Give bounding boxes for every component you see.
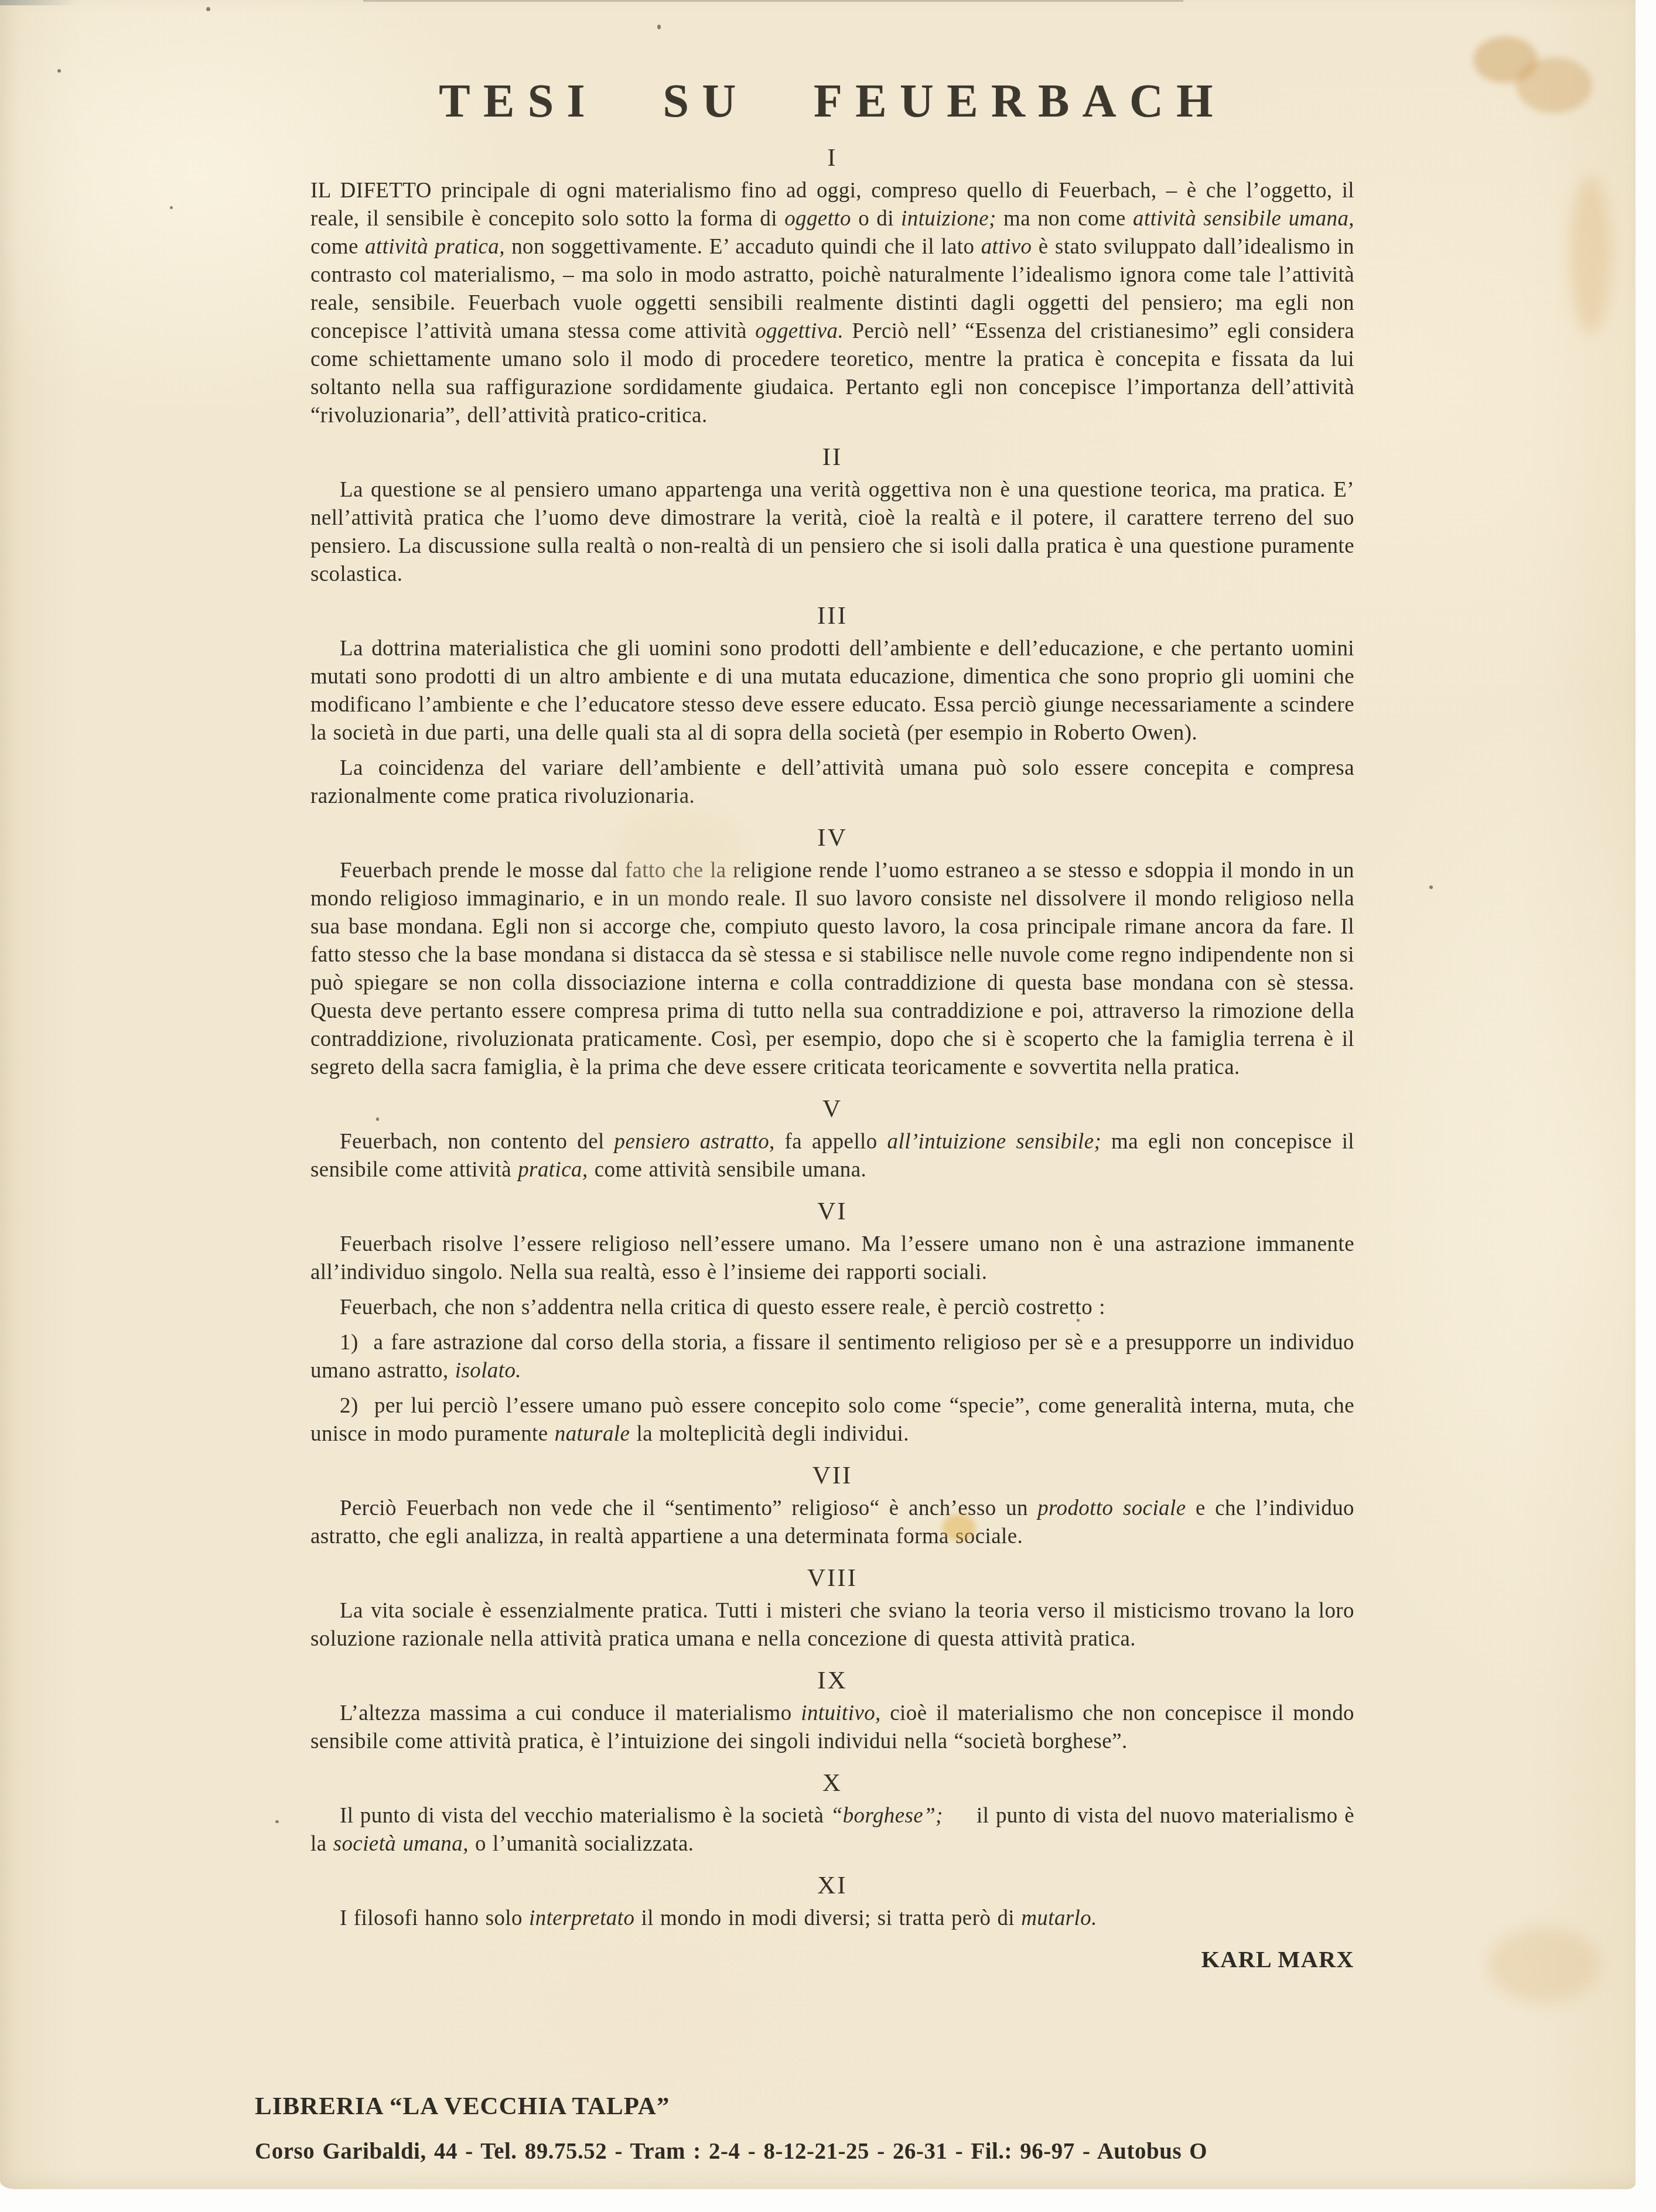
thesis-section: IX L’altezza massima a cui conduce il ma…: [310, 1666, 1354, 1756]
thesis-section: I IL DIFETTO principale di ogni material…: [310, 143, 1354, 430]
thesis-paragraph: Feuerbach prende le mosse dal fatto che …: [310, 857, 1354, 1082]
section-numeral: VI: [310, 1197, 1354, 1226]
section-numeral: I: [310, 143, 1354, 172]
section-numeral: II: [310, 443, 1354, 471]
section-numeral: X: [310, 1769, 1354, 1797]
thesis-paragraph: Perciò Feuerbach non vede che il “sentim…: [310, 1495, 1354, 1551]
thesis-paragraph: La dottrina materialistica che gli uomin…: [310, 635, 1354, 747]
thesis-section: II La questione se al pensiero umano app…: [310, 443, 1354, 589]
section-numeral: VII: [310, 1461, 1354, 1490]
bookstore-footer: LIBRERIA “LA VECCHIA TALPA” Corso Gariba…: [255, 2092, 1485, 2165]
thesis-section: III La dottrina materialistica che gli u…: [310, 601, 1354, 811]
document-page: TESI SU FEUERBACH I IL DIFETTO principal…: [0, 0, 1635, 2189]
thesis-section: XI I filosofi hanno solo interpretato il…: [310, 1871, 1354, 1933]
thesis-paragraph: I filosofi hanno solo interpretato il mo…: [310, 1905, 1354, 1933]
thesis-paragraph: 2) per lui perciò l’essere umano può ess…: [310, 1392, 1354, 1448]
thesis-paragraph: Feuerbach, che non s’addentra nella crit…: [310, 1294, 1354, 1322]
section-numeral: III: [310, 601, 1354, 630]
thesis-section: VIII La vita sociale è essenzialmente pr…: [310, 1564, 1354, 1653]
page-content: TESI SU FEUERBACH I IL DIFETTO principal…: [0, 0, 1635, 1973]
thesis-paragraph: L’altezza massima a cui conduce il mater…: [310, 1700, 1354, 1756]
thesis-paragraph: Il punto di vista del vecchio materialis…: [310, 1802, 1354, 1858]
bookstore-address: Corso Garibaldi, 44 - Tel. 89.75.52 - Tr…: [255, 2138, 1485, 2165]
scan-background: TESI SU FEUERBACH I IL DIFETTO principal…: [0, 0, 1656, 2212]
theses-list: I IL DIFETTO principale di ogni material…: [310, 143, 1354, 1933]
section-numeral: XI: [310, 1871, 1354, 1900]
thesis-paragraph: IL DIFETTO principale di ogni materialis…: [310, 177, 1354, 430]
section-numeral: V: [310, 1095, 1354, 1123]
thesis-paragraph: Feuerbach risolve l’essere religioso nel…: [310, 1230, 1354, 1287]
thesis-section: V Feuerbach, non contento del pensiero a…: [310, 1095, 1354, 1184]
page-title: TESI SU FEUERBACH: [310, 75, 1354, 128]
section-numeral: IX: [310, 1666, 1354, 1695]
section-numeral: IV: [310, 823, 1354, 852]
author-signature: KARL MARX: [310, 1946, 1354, 1973]
thesis-paragraph: Feuerbach, non contento del pensiero ast…: [310, 1128, 1354, 1184]
thesis-section: VI Feuerbach risolve l’essere religioso …: [310, 1197, 1354, 1448]
thesis-paragraph: 1) a fare astrazione dal corso della sto…: [310, 1329, 1354, 1385]
thesis-paragraph: La vita sociale è essenzialmente pratica…: [310, 1597, 1354, 1653]
thesis-paragraph: La coincidenza del variare dell’ambiente…: [310, 754, 1354, 811]
thesis-paragraph: La questione se al pensiero umano appart…: [310, 476, 1354, 589]
thesis-section: VII Perciò Feuerbach non vede che il “se…: [310, 1461, 1354, 1551]
bookstore-name: LIBRERIA “LA VECCHIA TALPA”: [255, 2092, 1485, 2121]
thesis-section: IV Feuerbach prende le mosse dal fatto c…: [310, 823, 1354, 1082]
thesis-section: X Il punto di vista del vecchio material…: [310, 1769, 1354, 1858]
section-numeral: VIII: [310, 1564, 1354, 1592]
